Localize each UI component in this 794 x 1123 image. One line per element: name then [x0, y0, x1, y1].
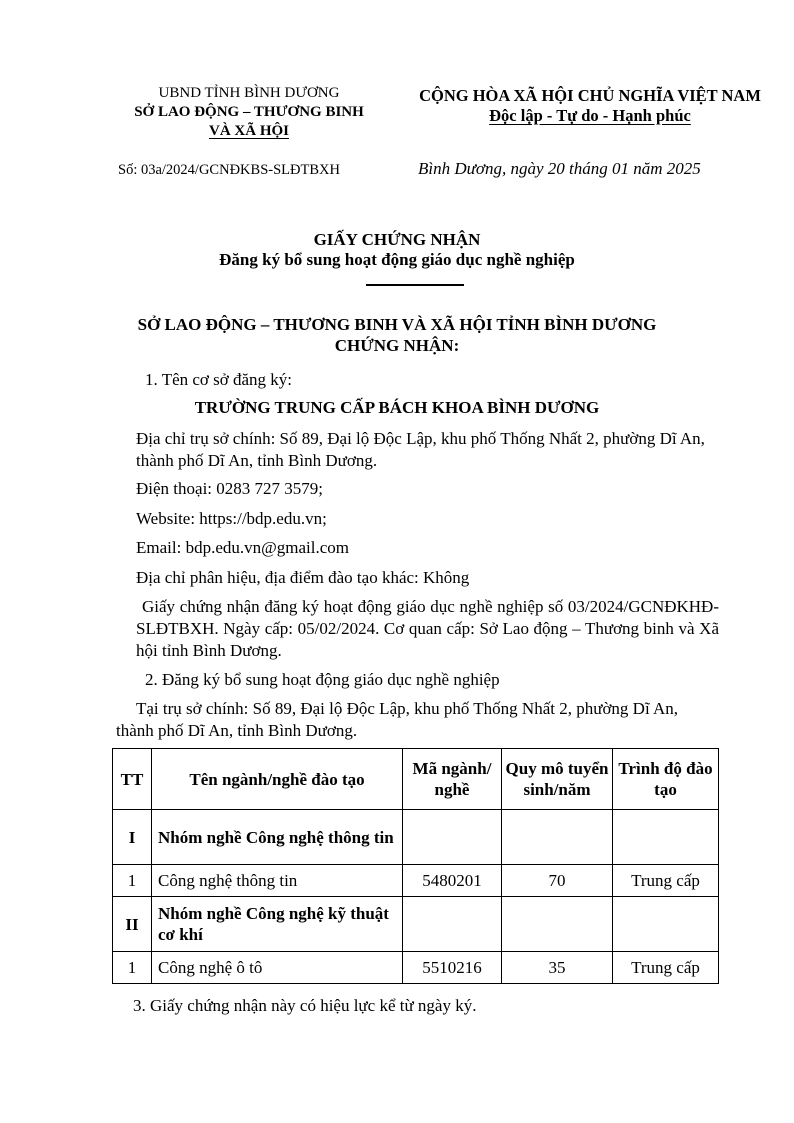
document-subtitle: Đăng ký bổ sung hoạt động giáo dục nghề …: [0, 250, 794, 270]
cell-name: Nhóm nghề Công nghệ thông tin: [152, 810, 403, 865]
place-date: Bình Dương, ngày 20 tháng 01 năm 2025: [418, 159, 701, 179]
cell-quota: [502, 810, 613, 865]
col-header-name: Tên ngành/nghề đào tạo: [152, 749, 403, 810]
cell-level: [613, 897, 719, 952]
certifies-label: CHỨNG NHẬN:: [0, 335, 794, 356]
certificate-reference: Giấy chứng nhận đăng ký hoạt động giáo d…: [136, 596, 719, 662]
col-header-code: Mã ngành/ nghề: [403, 749, 502, 810]
national-motto: Độc lập - Tự do - Hạnh phúc: [489, 106, 691, 125]
section-1-heading: 1. Tên cơ sở đăng ký:: [145, 369, 292, 391]
cell-code: [403, 810, 502, 865]
cell-code: [403, 897, 502, 952]
document-number: Số: 03a/2024/GCNĐKBS-SLĐTBXH: [118, 162, 340, 179]
cell-name: Công nghệ ô tô: [152, 952, 403, 984]
cell-tt: I: [113, 810, 152, 865]
issuer-name: SỞ LAO ĐỘNG – THƯƠNG BINH VÀ XÃ HỘI TỈNH…: [0, 314, 794, 335]
cell-code: 5510216: [403, 952, 502, 984]
program-table: TT Tên ngành/nghề đào tạo Mã ngành/ nghề…: [112, 748, 719, 984]
branch-address: Địa chỉ phân hiệu, địa điểm đào tạo khác…: [136, 567, 469, 589]
col-header-quota: Quy mô tuyển sinh/năm: [502, 749, 613, 810]
authority-department-cont: VÀ XÃ HỘI: [209, 123, 289, 139]
authority-province: UBND TỈNH BÌNH DƯƠNG: [104, 84, 394, 103]
table-group-row: IINhóm nghề Công nghệ kỹ thuật cơ khí: [113, 897, 719, 952]
validity-statement: 3. Giấy chứng nhận này có hiệu lực kể từ…: [133, 995, 476, 1017]
section-2-heading: 2. Đăng ký bổ sung hoạt động giáo dục ng…: [145, 669, 500, 691]
cell-tt: 1: [113, 865, 152, 897]
cell-tt: II: [113, 897, 152, 952]
table-group-row: INhóm nghề Công nghệ thông tin: [113, 810, 719, 865]
cell-name: Công nghệ thông tin: [152, 865, 403, 897]
cell-tt: 1: [113, 952, 152, 984]
cell-name: Nhóm nghề Công nghệ kỹ thuật cơ khí: [152, 897, 403, 952]
cell-quota: [502, 897, 613, 952]
document-title-block: GIẤY CHỨNG NHẬN Đăng ký bổ sung hoạt độn…: [0, 230, 794, 270]
cell-quota: 35: [502, 952, 613, 984]
school-website: Website: https://bdp.edu.vn;: [136, 508, 327, 530]
authority-department: SỞ LAO ĐỘNG – THƯƠNG BINH: [104, 103, 394, 122]
school-name: TRƯỜNG TRUNG CẤP BÁCH KHOA BÌNH DƯƠNG: [0, 398, 794, 418]
school-email: Email: bdp.edu.vn@gmail.com: [136, 537, 349, 559]
col-header-tt: TT: [113, 749, 152, 810]
issuer-block: SỞ LAO ĐỘNG – THƯƠNG BINH VÀ XÃ HỘI TỈNH…: [0, 314, 794, 356]
cell-level: [613, 810, 719, 865]
national-header-block: CỘNG HÒA XÃ HỘI CHỦ NGHĨA VIỆT NAM Độc l…: [410, 86, 770, 126]
national-title: CỘNG HÒA XÃ HỘI CHỦ NGHĨA VIỆT NAM: [410, 86, 770, 106]
cell-level: Trung cấp: [613, 865, 719, 897]
issuing-authority-block: UBND TỈNH BÌNH DƯƠNG SỞ LAO ĐỘNG – THƯƠN…: [104, 84, 394, 141]
table-row: 1Công nghệ thông tin548020170Trung cấp: [113, 865, 719, 897]
school-phone: Điện thoại: 0283 727 3579;: [136, 478, 323, 500]
school-address: Địa chỉ trụ sở chính: Số 89, Đại lộ Độc …: [136, 428, 719, 472]
cell-code: 5480201: [403, 865, 502, 897]
title-divider: [366, 284, 464, 286]
table-row: 1Công nghệ ô tô551021635Trung cấp: [113, 952, 719, 984]
table-header-row: TT Tên ngành/nghề đào tạo Mã ngành/ nghề…: [113, 749, 719, 810]
cell-quota: 70: [502, 865, 613, 897]
document-title: GIẤY CHỨNG NHẬN: [0, 230, 794, 250]
training-location: Tại trụ sở chính: Số 89, Đại lộ Độc Lập,…: [116, 698, 719, 742]
col-header-level: Trình độ đào tạo: [613, 749, 719, 810]
cell-level: Trung cấp: [613, 952, 719, 984]
